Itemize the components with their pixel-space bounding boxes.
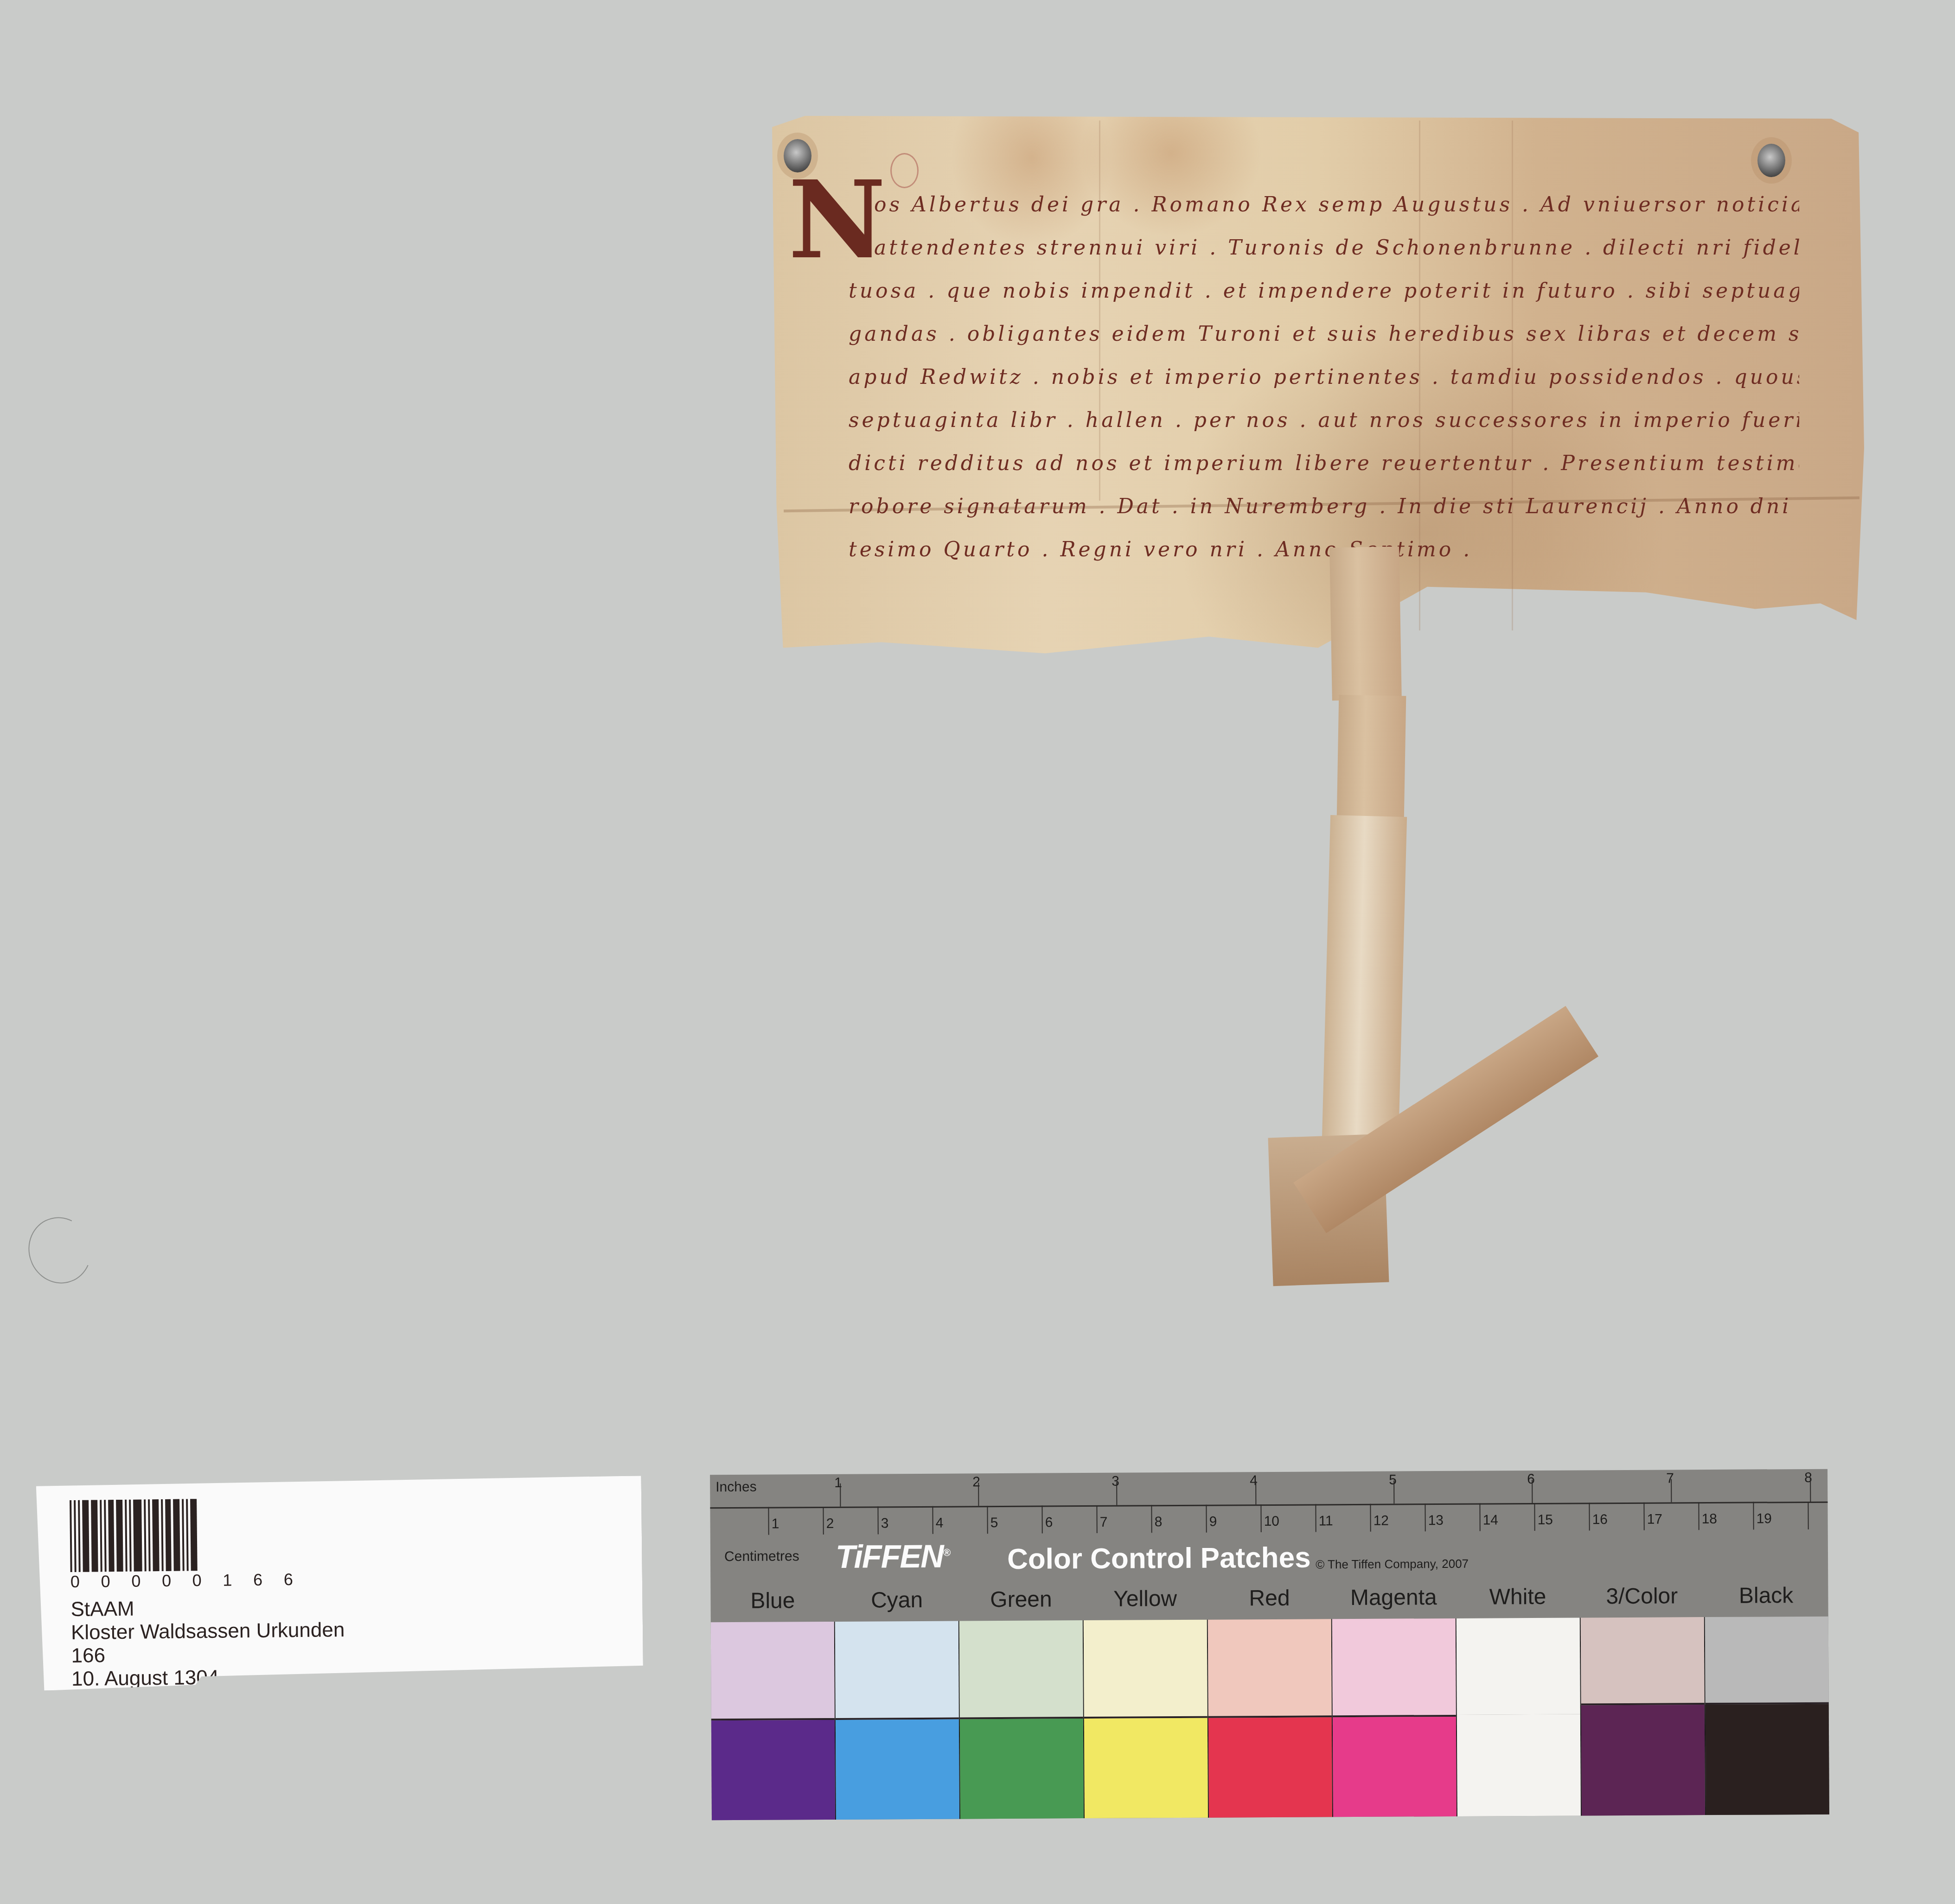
archive-label: 0 0 0 0 0 1 6 6 StAAM Kloster Waldsassen… xyxy=(36,1476,644,1691)
manuscript-line: os Albertus dei gra . Romano Rex semp Au… xyxy=(849,183,1799,226)
cm-number: 10 xyxy=(1264,1514,1280,1529)
inch-number: 7 xyxy=(1666,1471,1674,1486)
cm-number: 8 xyxy=(1155,1514,1163,1530)
manuscript-line: septuaginta libr . hallen . per nos . au… xyxy=(849,399,1799,442)
barcode-digit: 6 xyxy=(253,1570,262,1590)
barcode-digit: 0 xyxy=(101,1572,110,1591)
patch-labels: Blue Cyan Green Yellow Red Magenta White… xyxy=(710,1583,1828,1617)
seal-strip-segment xyxy=(1337,695,1406,821)
patch-green xyxy=(959,1620,1085,1819)
collection-name: Kloster Waldsassen Urkunden xyxy=(71,1618,345,1645)
barcode-digit: 6 xyxy=(284,1570,293,1589)
manuscript-text: os Albertus dei gra . Romano Rex semp Au… xyxy=(849,183,1799,571)
barcode-digit: 1 xyxy=(223,1570,232,1590)
patch-red xyxy=(1208,1619,1333,1817)
patch-black xyxy=(1705,1617,1829,1815)
patch-dark xyxy=(1706,1704,1829,1815)
inch-ruler: Inches 1 2 3 4 5 6 7 8 xyxy=(710,1469,1827,1509)
patch-dark xyxy=(711,1720,835,1820)
inch-number: 5 xyxy=(1389,1472,1397,1488)
barcode-digit: 0 xyxy=(192,1571,202,1590)
cm-number: 1 xyxy=(772,1516,779,1532)
patch-light xyxy=(1332,1618,1456,1717)
patch-dark xyxy=(836,1719,959,1820)
chart-title: Color Control Patches xyxy=(1007,1541,1311,1576)
cm-number: 15 xyxy=(1538,1512,1553,1528)
mounting-rivet-right xyxy=(1757,144,1785,177)
tiffen-logo: TiFFEN® xyxy=(836,1538,950,1575)
color-control-card: Inches 1 2 3 4 5 6 7 8 1 2 3 4 5 6 7 8 9… xyxy=(710,1469,1829,1821)
barcode-digit: 0 xyxy=(162,1571,171,1591)
patch-label: 3/Color xyxy=(1580,1583,1704,1611)
cm-number: 12 xyxy=(1374,1513,1389,1529)
seal-strip-upper xyxy=(1329,547,1402,701)
cm-tick xyxy=(768,1507,769,1535)
patch-magenta xyxy=(1332,1618,1457,1817)
document-date: 10. August 1304 xyxy=(71,1666,219,1691)
seal-strip-middle xyxy=(1322,815,1407,1141)
patch-label: Magenta xyxy=(1331,1585,1456,1613)
patch-blue xyxy=(711,1622,836,1820)
cm-number: 13 xyxy=(1428,1513,1444,1528)
inch-number: 8 xyxy=(1804,1470,1812,1486)
patch-label: Cyan xyxy=(835,1587,959,1616)
barcode-number: 0 0 0 0 0 1 6 6 xyxy=(70,1570,293,1592)
manuscript-line: attendentes strennui viri . Turonis de S… xyxy=(849,226,1799,269)
cm-number: 19 xyxy=(1757,1511,1772,1527)
pencil-circle-mark xyxy=(19,1208,100,1292)
cm-number: 18 xyxy=(1702,1511,1718,1527)
patch-dark xyxy=(1333,1717,1457,1817)
patch-dark xyxy=(960,1719,1084,1819)
patch-label: Red xyxy=(1207,1585,1331,1613)
inch-number: 6 xyxy=(1527,1471,1535,1487)
barcode-digit: 0 xyxy=(131,1571,141,1591)
cm-number: 5 xyxy=(990,1515,998,1531)
brand-name: TiFFEN xyxy=(836,1538,943,1575)
patch-light xyxy=(1208,1619,1332,1718)
patch-dark xyxy=(1581,1705,1705,1815)
manuscript-line: dicti redditus ad nos et imperium libere… xyxy=(849,442,1799,485)
cm-number: 2 xyxy=(826,1516,834,1532)
patch-light xyxy=(1084,1620,1207,1719)
patch-white xyxy=(1457,1617,1582,1816)
patch-light xyxy=(711,1622,835,1720)
inch-number: 2 xyxy=(972,1474,980,1490)
cm-number: 6 xyxy=(1045,1515,1053,1530)
inch-number: 4 xyxy=(1250,1473,1258,1489)
archive-name: StAAM xyxy=(70,1597,134,1622)
patch-light xyxy=(1457,1617,1580,1714)
inch-number: 1 xyxy=(834,1475,842,1491)
manuscript-line: tuosa . que nobis impendit . et impender… xyxy=(849,269,1799,312)
centimetres-label: Centimetres xyxy=(724,1548,799,1565)
document-number: 166 xyxy=(71,1643,105,1668)
copyright-notice: © The Tiffen Company, 2007 xyxy=(1316,1557,1469,1572)
color-patches xyxy=(711,1617,1829,1821)
patch-light xyxy=(1705,1617,1829,1705)
cm-number: 14 xyxy=(1483,1512,1499,1528)
patch-label: Black xyxy=(1704,1583,1828,1611)
patch-dark xyxy=(1208,1717,1332,1817)
patch-label: Blue xyxy=(710,1588,835,1616)
patch-light xyxy=(959,1620,1083,1719)
cm-number: 17 xyxy=(1647,1512,1663,1528)
registered-mark: ® xyxy=(943,1547,950,1558)
manuscript-line: apud Redwitz . nobis et imperio pertinen… xyxy=(849,356,1799,399)
cm-number: 3 xyxy=(881,1516,889,1531)
patch-yellow xyxy=(1084,1620,1209,1818)
patch-dark xyxy=(1084,1718,1208,1818)
patch-label: Yellow xyxy=(1083,1586,1207,1614)
patch-light xyxy=(1581,1617,1705,1705)
cm-number: 4 xyxy=(936,1516,944,1531)
cm-number: 11 xyxy=(1319,1513,1333,1529)
patch-label: Green xyxy=(959,1586,1083,1615)
patch-label: White xyxy=(1456,1584,1580,1612)
patch-dark xyxy=(1457,1714,1581,1816)
cm-number: 16 xyxy=(1592,1512,1608,1528)
patch-cyan xyxy=(835,1621,960,1820)
cm-number: 7 xyxy=(1100,1515,1108,1530)
barcode xyxy=(70,1499,200,1572)
barcode-digit: 0 xyxy=(70,1572,80,1592)
manuscript-line: tesimo Quarto . Regni vero nri . Anno Se… xyxy=(849,528,1799,571)
cm-number: 9 xyxy=(1209,1514,1217,1530)
manuscript-line: robore signatarum . Dat . in Nuremberg .… xyxy=(849,485,1799,528)
manuscript-line: gandas . obligantes eidem Turoni et suis… xyxy=(849,312,1799,356)
inches-label: Inches xyxy=(716,1479,757,1495)
inch-number: 3 xyxy=(1112,1474,1119,1490)
patch-light xyxy=(835,1621,959,1720)
patch-3color xyxy=(1581,1617,1706,1815)
